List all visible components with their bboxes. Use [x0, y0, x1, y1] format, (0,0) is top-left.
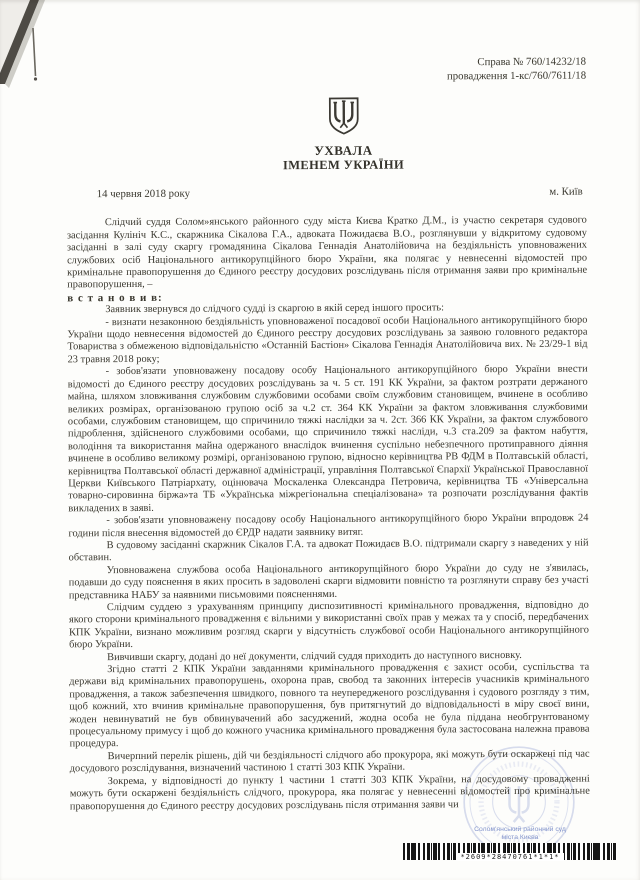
title-block: УХВАЛА ІМЕНЕМ УКРАЇНИ: [83, 89, 603, 174]
decision-city: м. Київ: [549, 186, 582, 199]
ruling-body: Слідчий суддя Солом»янського районного с…: [67, 215, 590, 813]
date-line: 14 червня 2018 року м. Київ: [67, 186, 587, 201]
document-content: Справа № 760/14232/18 провадження 1-кс/7…: [0, 0, 640, 880]
paragraph: Зокрема, у відповідності до пункту 1 час…: [70, 773, 590, 813]
paragraph: - визнати незаконною бездіяльність уповн…: [67, 314, 587, 366]
paragraph: В судовому засіданні скаржник Сікалов Г.…: [69, 538, 589, 566]
paragraph: Слідчим суддею з урахуванням принципу ди…: [69, 600, 589, 652]
proceeding-number: провадження 1-кс/760/7611/18: [66, 69, 586, 86]
stamp-court-name: Солом'янський районний суд міста Києва: [438, 826, 602, 842]
case-reference-block: Справа № 760/14232/18 провадження 1-кс/7…: [66, 55, 586, 86]
scanned-court-document: Справа № 760/14232/18 провадження 1-кс/7…: [0, 0, 640, 880]
document-subtitle: ІМЕНЕМ УКРАЇНИ: [84, 157, 604, 174]
barcode-number: *2609*28470761*1*1*: [456, 853, 563, 861]
paragraph: Вичерпний перелік рішень, дій чи бездіял…: [70, 748, 590, 776]
page-fold-artifact: [0, 0, 92, 110]
stamp-court-line2: міста Києва: [438, 834, 602, 842]
paragraph: Згідно статті 2 КПК України завданнями к…: [69, 662, 589, 752]
trident-emblem-icon: [326, 90, 361, 142]
paragraph: - зобов'язати уповноважену посадову особ…: [68, 513, 588, 541]
registration-barcode: *2609*28470761*1*1*: [403, 843, 617, 861]
paragraph: - зобов'язати уповноважену посадову особ…: [68, 364, 589, 516]
paragraph-intro: Слідчий суддя Солом»янського районного с…: [67, 215, 587, 292]
decision-date: 14 червня 2018 року: [97, 188, 190, 201]
paragraph: Уповноважена службова особа Національног…: [69, 562, 589, 602]
stamp-court-line1: Солом'янський районний суд: [438, 826, 602, 834]
